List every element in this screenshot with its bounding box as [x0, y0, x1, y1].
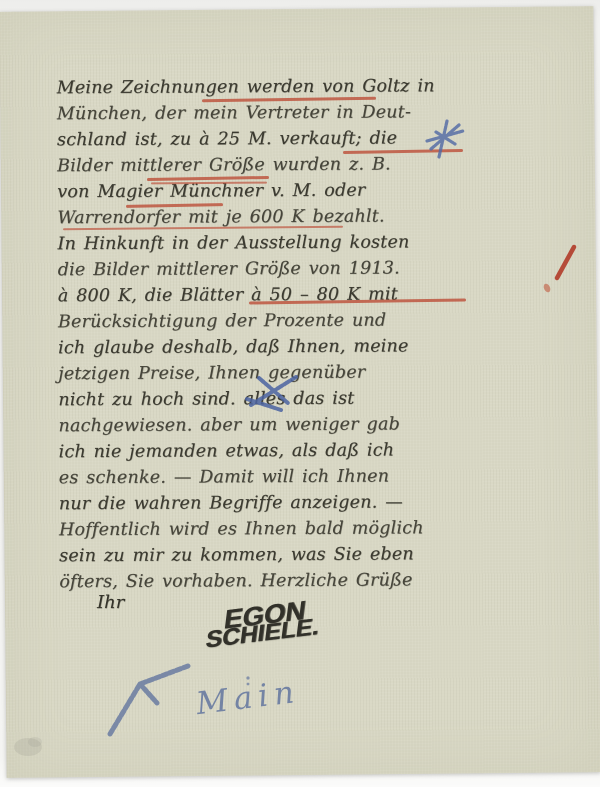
- script-line: ich glaube deshalb, daß Ihnen, meine: [58, 333, 528, 361]
- script-line: es schenke. — Damit will ich Ihnen: [59, 463, 529, 491]
- script-line: nur die wahren Begriffe anzeigen. —: [59, 489, 529, 517]
- script-line: à 800 K, die Blätter à 50 – 80 K mit: [58, 281, 528, 309]
- script-line: öfters, Sie vorhaben. Herzliche Grüße: [59, 567, 529, 595]
- script-line: sein zu mir zu kommen, was Sie eben: [59, 541, 529, 569]
- script-line: Berücksichtigung der Prozente und: [58, 307, 528, 335]
- script-line: ich nie jemanden etwas, als daß ich: [59, 437, 529, 465]
- script-line: nicht zu hoch sind. alles das ist: [58, 385, 528, 413]
- script-line: die Bilder mittlerer Größe von 1913.: [58, 255, 528, 283]
- script-line: Hoffentlich wird es Ihnen bald möglich: [59, 515, 529, 543]
- script-line: nachgewiesen. aber um weniger gab: [58, 411, 528, 439]
- script-line: München, der mein Vertreter in Deut-: [57, 99, 527, 127]
- script-line: von Magier Münchner v. M. oder: [57, 177, 527, 205]
- signature-last-name: SCHIELE.: [204, 613, 321, 654]
- closing-word: Ihr: [97, 592, 124, 613]
- script-line: jetzigen Preise, Ihnen gegenüber: [58, 359, 528, 387]
- signature-block: EGON SCHIELE.: [207, 600, 357, 670]
- script-line: Bilder mittlerer Größe wurden z. B.: [57, 151, 527, 179]
- script-line: In Hinkunft in der Ausstellung kosten: [57, 229, 527, 257]
